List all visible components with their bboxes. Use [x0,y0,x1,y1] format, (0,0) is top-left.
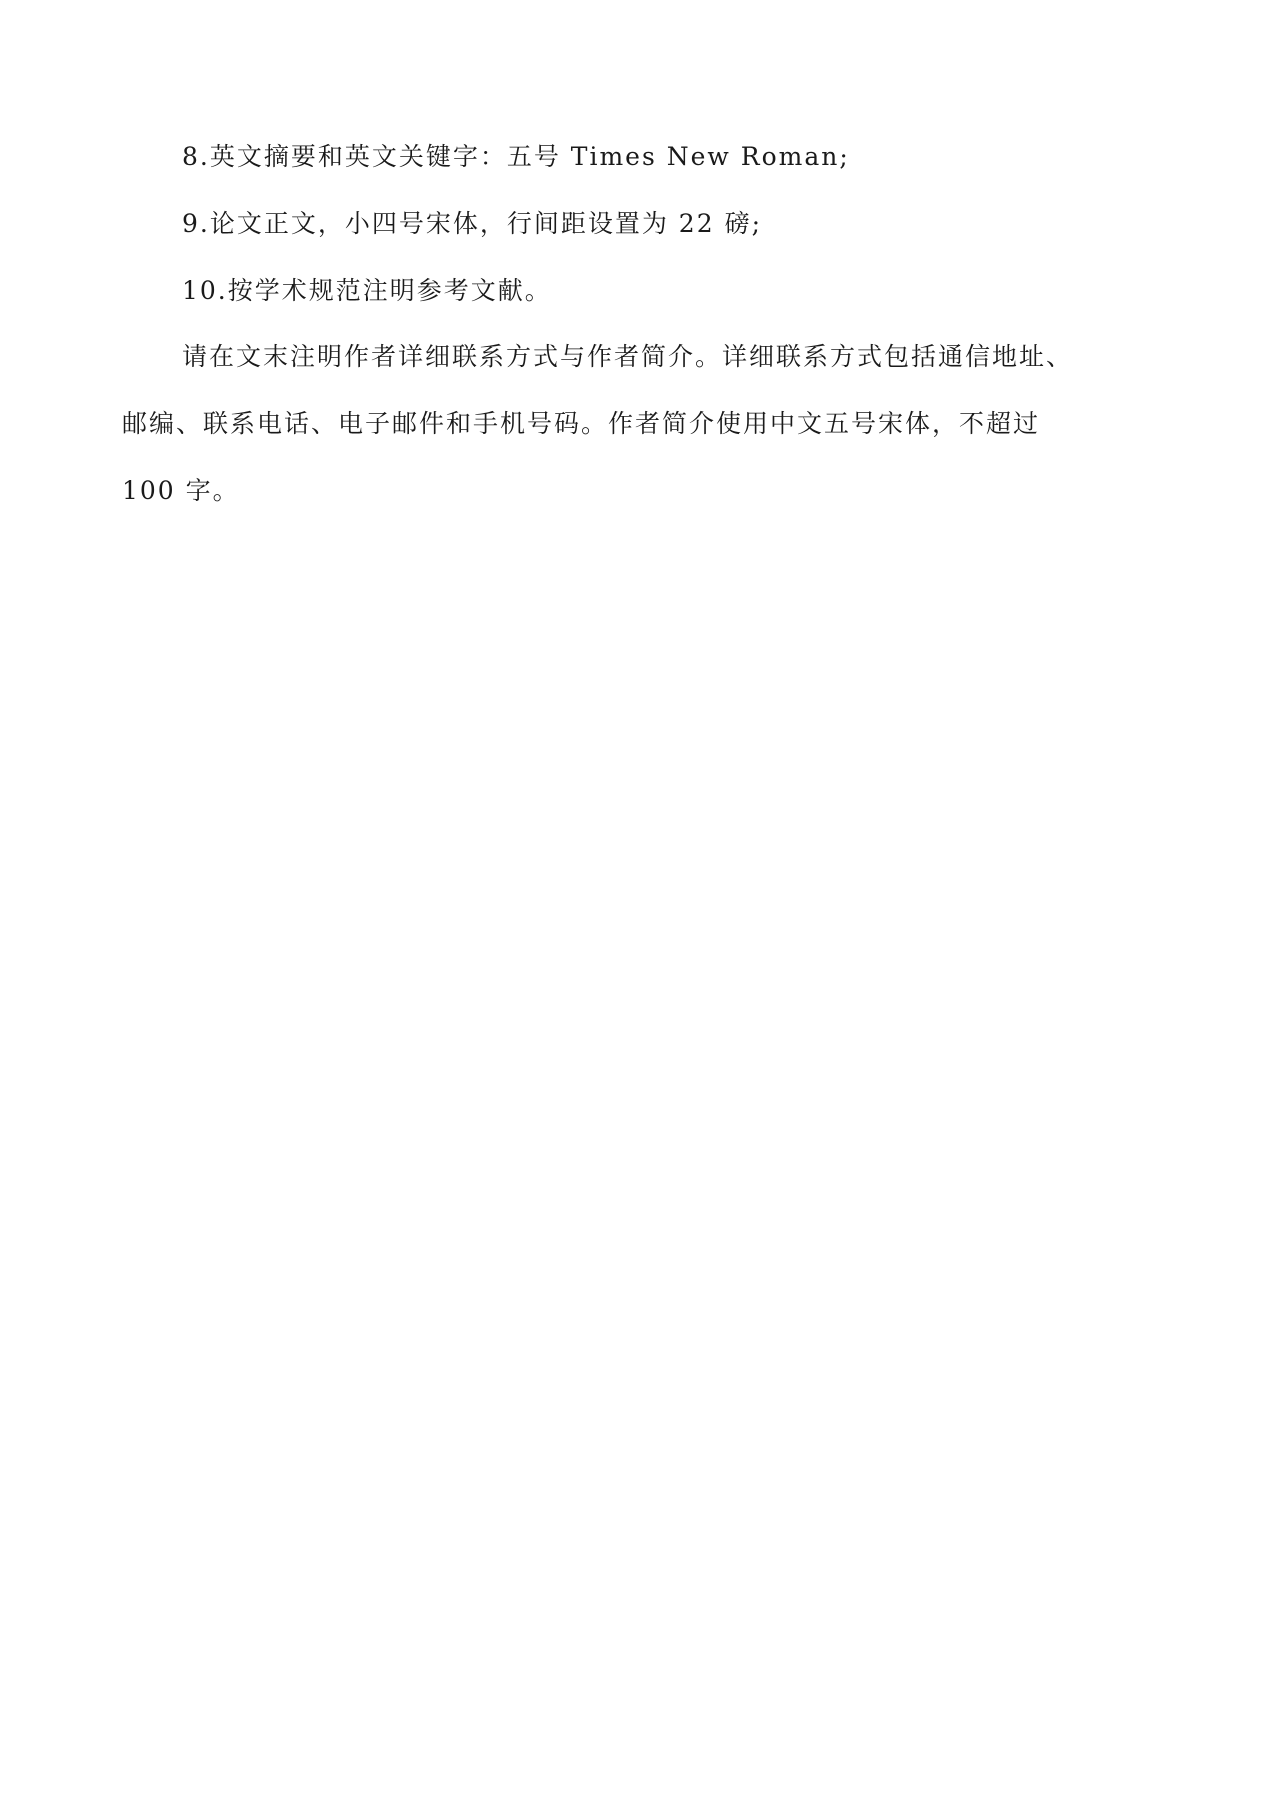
list-item-text: 按学术规范注明参考文献。 [228,276,552,305]
list-item-9: 9.论文正文，小四号宋体，行间距设置为 22 磅; [182,209,762,239]
document-page: 8.英文摘要和英文关键字：五号 Times New Roman; 9.论文正文，… [0,0,1280,1810]
paragraph-line-1: 请在文末注明作者详细联系方式与作者简介。详细联系方式包括通信地址、 [182,342,1073,372]
list-item-8: 8.英文摘要和英文关键字：五号 Times New Roman; [182,142,850,172]
paragraph-line-2: 邮编、联系电话、电子邮件和手机号码。作者简介使用中文五号宋体，不超过 [122,409,1040,439]
list-item-10: 10.按学术规范注明参考文献。 [182,276,552,306]
list-item-number: 8. [182,142,210,171]
list-item-text: 英文摘要和英文关键字：五号 Times New Roman; [210,142,850,171]
list-item-number: 10. [182,276,228,305]
list-item-number: 9. [182,209,210,238]
paragraph-line-3: 100 字。 [122,476,240,506]
list-item-text: 论文正文，小四号宋体，行间距设置为 22 磅; [210,209,762,238]
